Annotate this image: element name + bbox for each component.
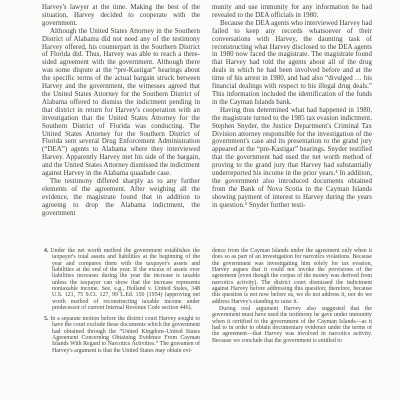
footnote-5-continuation: dence from the Cayman Islands under the … xyxy=(212,248,372,305)
footnote-5: 5.In a separate motion before the distri… xyxy=(44,316,200,354)
footnotes-left-column: 4.Under the net worth method the governm… xyxy=(44,248,200,359)
paragraph: Harvey's lawyer at the time. Making the … xyxy=(42,4,200,28)
paragraph: The testimony differed sharply as to any… xyxy=(42,178,200,218)
footnotes-right-column: dence from the Cayman Islands under the … xyxy=(212,248,372,344)
footnote-4-number: 4. xyxy=(44,248,48,254)
paragraph: Having thus determined what had happened… xyxy=(212,107,372,210)
footnote-5-text: In a separate motion before the district… xyxy=(50,316,200,354)
left-column: Harvey's lawyer at the time. Making the … xyxy=(42,4,200,245)
paragraph: Although the United States Attorney in t… xyxy=(42,28,200,178)
footnote-4: 4.Under the net worth method the governm… xyxy=(44,248,200,311)
footnote-4-text: Under the net worth method the governmen… xyxy=(50,248,200,311)
paragraph: Because the DEA agents who interviewed H… xyxy=(212,20,372,107)
right-column: munity and use immunity for any informat… xyxy=(212,4,372,245)
footnote-5-continuation-paragraph: During oral argument Harvey also suggest… xyxy=(212,306,372,344)
scanned-document-page: Harvey's lawyer at the time. Making the … xyxy=(0,0,400,400)
paragraph: munity and use immunity for any informat… xyxy=(212,4,372,20)
footnote-5-number: 5. xyxy=(44,316,48,322)
